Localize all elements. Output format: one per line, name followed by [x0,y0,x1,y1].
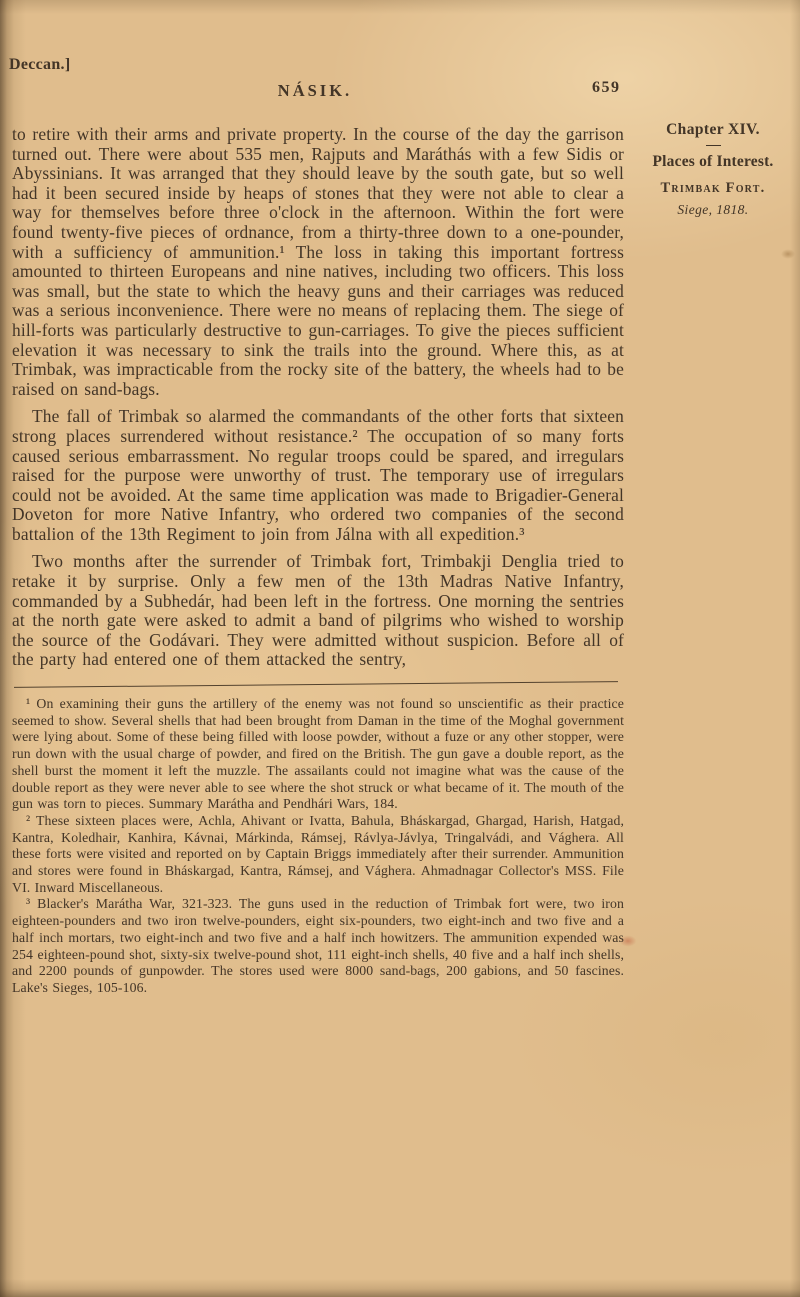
footnote: ¹ On examining their guns the artillery … [12,696,624,813]
footnote: ² These sixteen places were, Achla, Ahiv… [12,813,624,897]
margin-note-section: Places of Interest. [632,153,794,171]
body-text-column: to retire with their arms and private pr… [12,125,624,997]
margin-note-subtopic: Siege, 1818. [632,202,794,218]
page-number: 659 [592,79,621,97]
body-paragraph: The fall of Trimbak so alarmed the comma… [12,407,624,544]
footnote-divider [14,681,618,688]
margin-note-rule [706,145,721,146]
running-title: NÁSIK. [0,81,630,101]
margin-note-chapter: Chapter XIV. [632,121,794,139]
margin-notes: Chapter XIV. Places of Interest. Trimbak… [632,121,794,218]
margin-note-topic: Trimbak Fort. [632,180,794,197]
footnote: ³ Blacker's Marátha War, 321-323. The gu… [12,896,624,996]
body-paragraph: Two months after the surrender of Trimba… [12,552,624,670]
body-paragraph: to retire with their arms and private pr… [12,125,624,399]
book-page: Deccan.] NÁSIK. 659 to retire with their… [0,0,800,1297]
edition-label: Deccan.] [9,56,71,74]
